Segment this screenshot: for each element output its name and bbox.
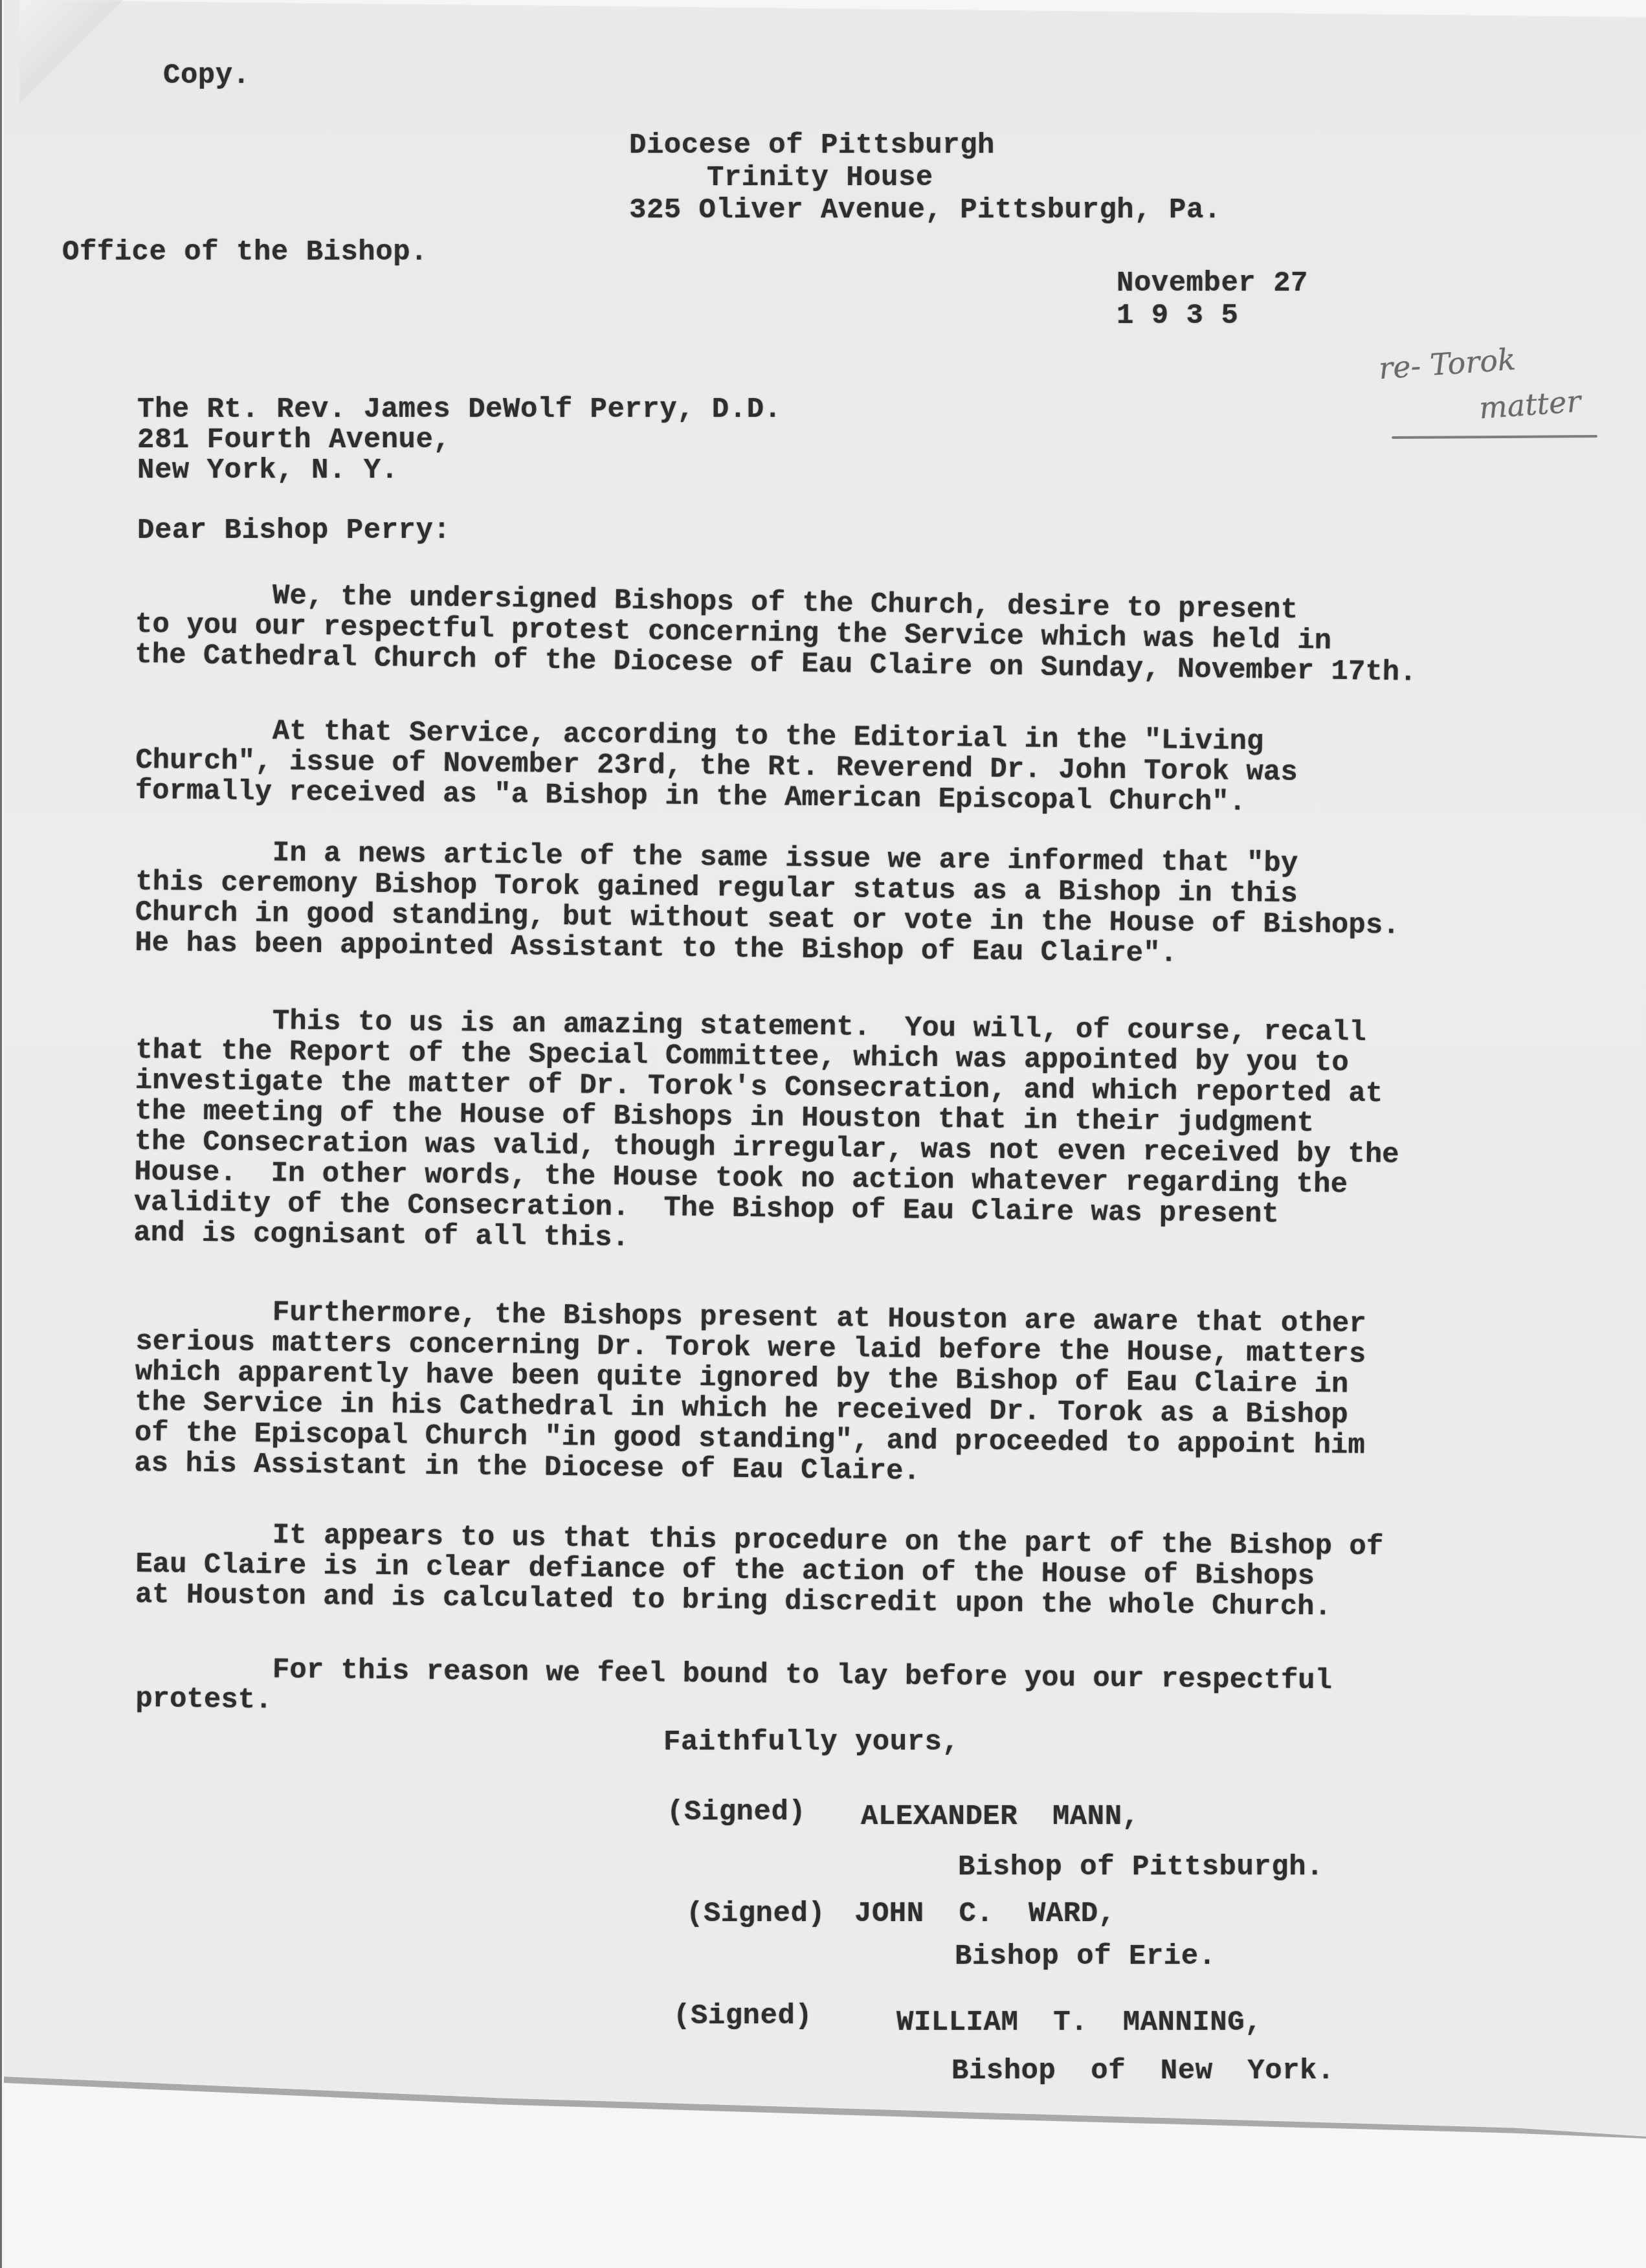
- scan-left-edge: [0, 0, 2, 2268]
- signatory-3-title: Bishop of New York.: [951, 2055, 1335, 2087]
- letter-date: November 27: [1117, 267, 1308, 300]
- signatory-1-name: ALEXANDER MANN,: [861, 1801, 1139, 1833]
- signatory-1-title: Bishop of Pittsburgh.: [958, 1851, 1324, 1884]
- office-of-bishop: Office of the Bishop.: [62, 236, 428, 269]
- signatory-2-signed: (Signed): [686, 1898, 825, 1930]
- letter-year: 1 9 3 5: [1117, 300, 1238, 332]
- paragraph-5: Furthermore, the Bishops present at Hous…: [134, 1296, 1592, 1495]
- handwritten-note-line2: matter: [1478, 384, 1582, 426]
- paragraph-1: We, the undersigned Bishops of the Churc…: [135, 579, 1592, 691]
- signatory-2-name: JOHN C. WARD,: [854, 1898, 1116, 1930]
- recipient-city: New York, N. Y.: [137, 454, 399, 487]
- salutation: Dear Bishop Perry:: [137, 515, 450, 547]
- signatory-2-title: Bishop of Erie.: [955, 1940, 1216, 1973]
- letterhead-diocese: Diocese of Pittsburgh: [629, 129, 995, 162]
- paragraph-2: At that Service, according to the Editor…: [135, 715, 1592, 822]
- paragraph-4: This to us is an amazing statement. You …: [133, 1005, 1592, 1264]
- letterhead-house: Trinity House: [707, 162, 933, 194]
- copy-mark: Copy.: [163, 60, 250, 92]
- signatory-3-name: WILLIAM T. MANNING,: [896, 2007, 1262, 2039]
- recipient-name: The Rt. Rev. James DeWolf Perry, D.D.: [137, 394, 781, 426]
- recipient-street: 281 Fourth Avenue,: [137, 424, 450, 456]
- paragraph-3: In a news article of the same issue we a…: [135, 837, 1592, 974]
- closing: Faithfully yours,: [663, 1726, 959, 1759]
- signatory-3-signed: (Signed): [673, 2000, 812, 2032]
- signatory-1-signed: (Signed): [667, 1796, 806, 1829]
- paragraph-6: It appears to us that this procedure on …: [135, 1519, 1592, 1626]
- letterhead-address: 325 Oliver Avenue, Pittsburgh, Pa.: [629, 194, 1221, 227]
